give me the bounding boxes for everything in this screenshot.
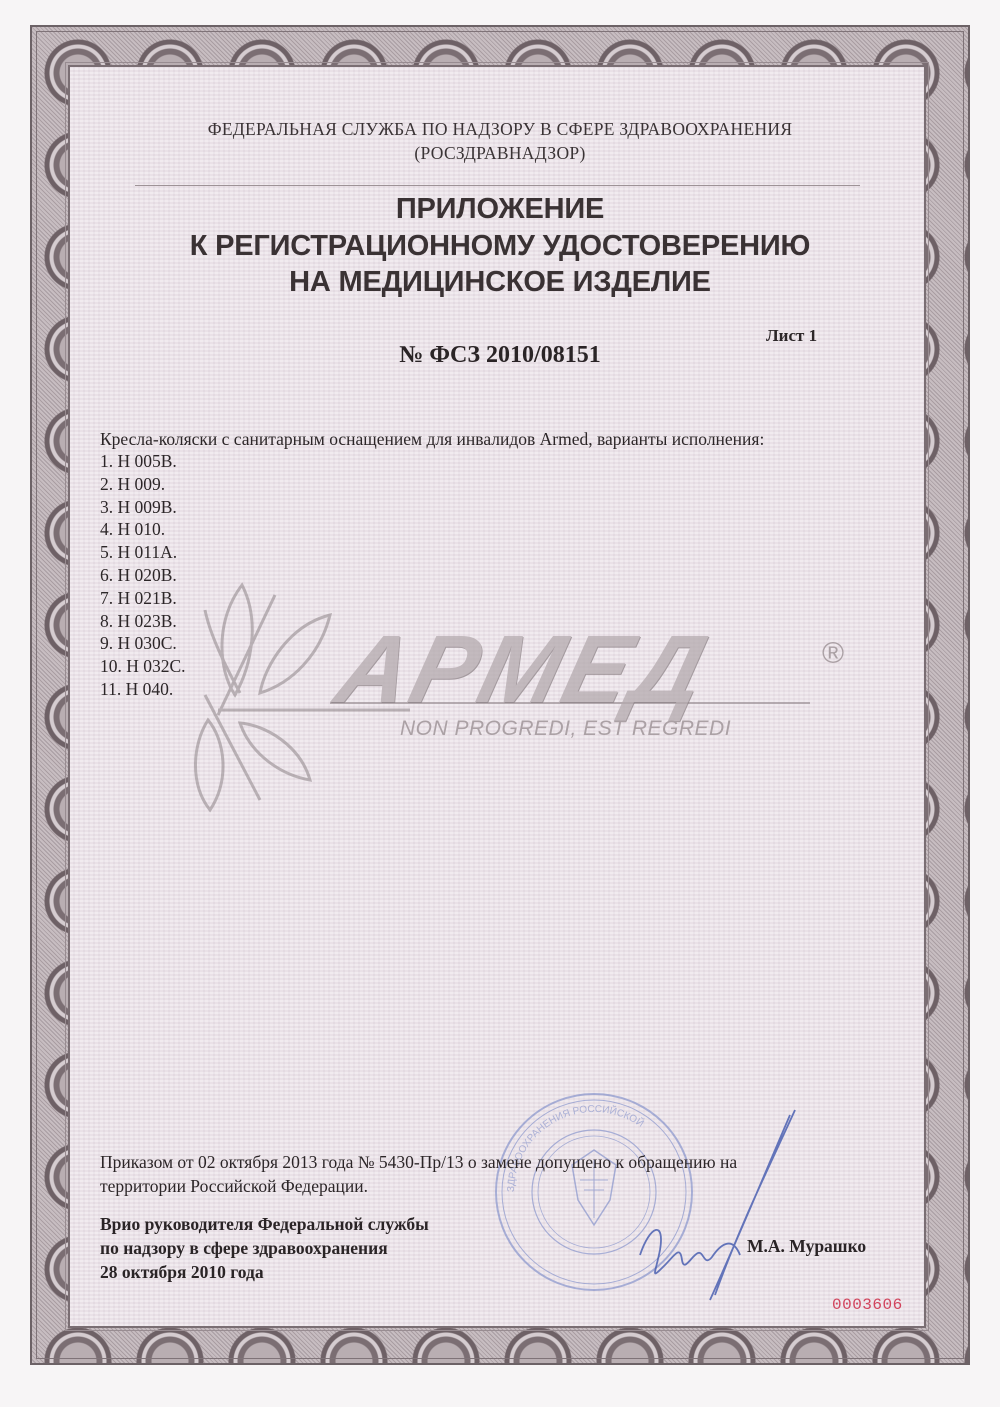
signatory-title-line-1: Врио руководителя Федеральной службы xyxy=(100,1212,429,1236)
header-divider xyxy=(135,185,860,186)
variant-list: 1. Н 005В. 2. Н 009. 3. Н 009В. 4. Н 010… xyxy=(100,450,186,701)
title-line-1: ПРИЛОЖЕНИЕ xyxy=(0,191,1000,228)
list-item: 3. Н 009В. xyxy=(100,496,186,519)
signing-date: 28 октября 2010 года xyxy=(100,1260,429,1284)
list-item: 4. Н 010. xyxy=(100,518,186,541)
list-item: 10. Н 032С. xyxy=(100,655,186,678)
list-item: 5. Н 011А. xyxy=(100,541,186,564)
issuing-agency: ФЕДЕРАЛЬНАЯ СЛУЖБА ПО НАДЗОРУ В СФЕРЕ ЗД… xyxy=(0,117,1000,165)
agency-name: ФЕДЕРАЛЬНАЯ СЛУЖБА ПО НАДЗОРУ В СФЕРЕ ЗД… xyxy=(0,117,1000,141)
title-line-2: К РЕГИСТРАЦИОННОМУ УДОСТОВЕРЕНИЮ xyxy=(0,228,1000,265)
serial-number: 0003606 xyxy=(832,1296,903,1314)
order-note: Приказом от 02 октября 2013 года № 5430-… xyxy=(100,1150,860,1198)
title-line-3: НА МЕДИЦИНСКОЕ ИЗДЕЛИЕ xyxy=(0,264,1000,301)
signatory-block: Врио руководителя Федеральной службы по … xyxy=(100,1212,429,1284)
order-note-line-2: территории Российской Федерации. xyxy=(100,1174,860,1198)
list-item: 2. Н 009. xyxy=(100,473,186,496)
agency-abbreviation: (РОСЗДРАВНАДЗОР) xyxy=(0,141,1000,165)
list-item: 8. Н 023В. xyxy=(100,610,186,633)
signatory-title-line-2: по надзору в сфере здравоохранения xyxy=(100,1236,429,1260)
signatory-name: М.А. Мурашко xyxy=(747,1236,866,1257)
list-item: 11. Н 040. xyxy=(100,678,186,701)
list-item: 1. Н 005В. xyxy=(100,450,186,473)
product-description: Кресла-коляски с санитарным оснащением д… xyxy=(100,428,764,450)
list-item: 6. Н 020В. xyxy=(100,564,186,587)
certificate-number: № ФСЗ 2010/08151 xyxy=(0,342,1000,369)
list-item: 9. Н 030С. xyxy=(100,632,186,655)
order-note-line-1: Приказом от 02 октября 2013 года № 5430-… xyxy=(100,1150,860,1174)
document-title: ПРИЛОЖЕНИЕ К РЕГИСТРАЦИОННОМУ УДОСТОВЕРЕ… xyxy=(0,191,1000,301)
list-item: 7. Н 021В. xyxy=(100,587,186,610)
